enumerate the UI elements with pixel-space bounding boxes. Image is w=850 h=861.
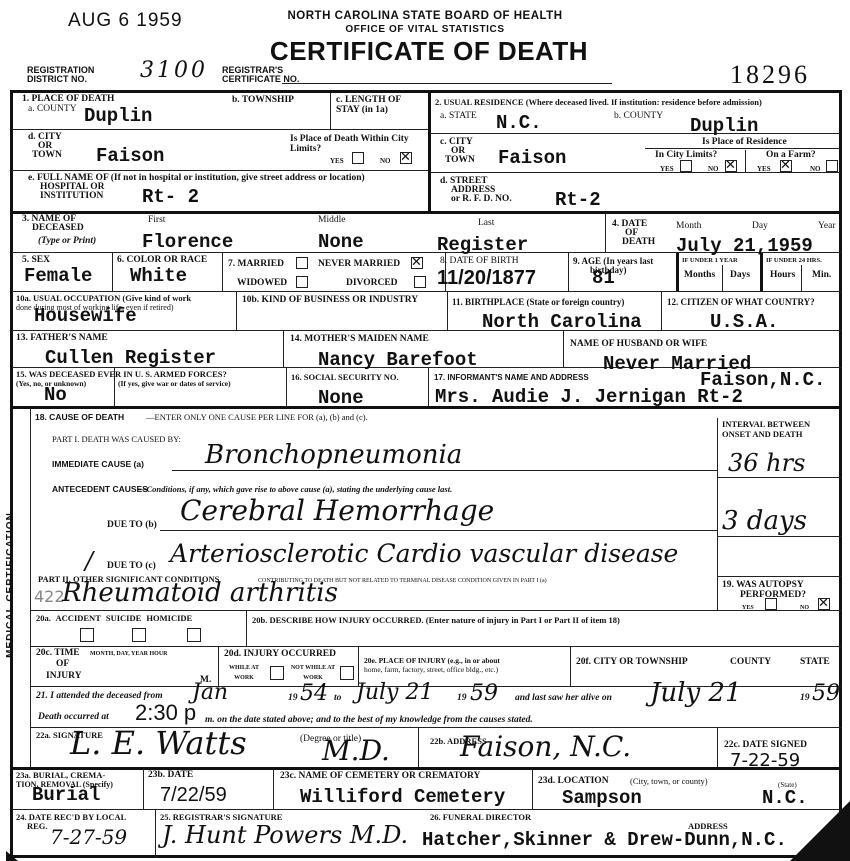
divider — [12, 129, 428, 130]
divider — [12, 809, 842, 810]
divider — [717, 418, 718, 610]
injury-how-label: 20b. DESCRIBE HOW INJURY OCCURRED. (Ente… — [252, 616, 620, 626]
label-line: DISTRICT NO. — [27, 75, 94, 84]
no-label: NO — [380, 157, 391, 167]
citizen-value: U.S.A. — [710, 312, 778, 332]
date-of-death-value: July 21,1959 — [676, 236, 813, 256]
autopsy-yes-checkbox[interactable] — [765, 598, 777, 610]
burial-date-label: 23b. DATE — [148, 771, 193, 781]
death-county-value: Duplin — [84, 106, 152, 126]
last-saw-date: July 21 — [650, 682, 742, 704]
residence-county-value: Duplin — [690, 116, 758, 136]
business-label: 10b. KIND OF BUSINESS OR INDUSTRY — [242, 296, 418, 306]
ssn-label: 16. SOCIAL SECURITY NO. — [291, 373, 399, 383]
divider — [722, 265, 723, 291]
time-of-injury-label: 20c. TIME — [36, 649, 80, 659]
due-to-c-label: DUE TO (c) — [107, 562, 156, 572]
armed-forces-label-3: (If yes, give war or dates of service) — [118, 379, 231, 389]
month-label: Month — [676, 222, 701, 232]
interval-label-2: ONSET AND DEATH — [722, 430, 802, 440]
occupation-value: Housewife — [34, 306, 137, 326]
citizen-label: 12. CITIZEN OF WHAT COUNTRY? — [667, 298, 815, 308]
birthplace-value: North Carolina — [482, 312, 642, 332]
death-occurred-label: Death occurred at — [38, 713, 109, 723]
divider — [12, 291, 842, 292]
divider — [30, 408, 31, 768]
first-name-label: First — [148, 216, 165, 226]
city-label-town: TOWN — [445, 156, 475, 166]
city-label-town: TOWN — [32, 151, 62, 161]
death-city-value: Faison — [96, 146, 164, 166]
attended-to-year: 59 — [470, 683, 498, 705]
attended-to-date: July 21 — [356, 682, 433, 704]
never-married-label: NEVER MARRIED — [318, 260, 400, 270]
time-of-injury-label-injury: INJURY — [46, 672, 82, 682]
divider — [428, 92, 431, 212]
within-limits-no-checkbox[interactable] — [400, 152, 412, 164]
last-name-label: Last — [478, 219, 494, 229]
cause-of-death-label: 18. CAUSE OF DEATH — [35, 413, 124, 423]
registration-district-value: 3100 — [140, 58, 208, 83]
divider — [30, 646, 842, 647]
year-prefix: 19 — [800, 694, 810, 704]
widowed-label: WIDOWED — [237, 279, 287, 289]
divider — [12, 767, 842, 770]
on-farm-no-checkbox[interactable] — [826, 160, 838, 172]
location-label: 23d. LOCATION — [538, 777, 609, 787]
township-label: b. TOWNSHIP — [232, 96, 294, 106]
divider — [570, 647, 571, 687]
mother-value: Nancy Barefoot — [318, 350, 478, 370]
name-label-2: DECEASED — [32, 224, 84, 234]
immediate-cause-value: Bronchopneumonia — [205, 444, 462, 466]
date-received-value: 7-27-59 — [50, 826, 127, 848]
under-24-hrs-label: IF UNDER 24 HRS. — [766, 256, 822, 266]
widowed-checkbox[interactable] — [296, 276, 308, 288]
in-city-limits-yes-checkbox[interactable] — [680, 160, 692, 172]
informant-value: Mrs. Audie J. Jernigan Rt-2 — [435, 387, 743, 407]
immediate-cause-line — [172, 470, 717, 471]
filed-date-stamp: AUG 6 1959 — [68, 10, 183, 32]
time-of-injury-label-of: OF — [56, 660, 69, 670]
injury-occurred-label: 20d. INJURY OCCURRED — [224, 650, 336, 660]
last-name-value: Register — [437, 235, 528, 255]
race-value: White — [130, 266, 187, 286]
divider — [430, 172, 840, 173]
to-label: to — [334, 694, 341, 704]
mother-label: 14. MOTHER'S MAIDEN NAME — [290, 335, 429, 345]
physician-address: Faison, N.C. — [460, 736, 631, 758]
armed-forces-value: No — [44, 385, 67, 405]
divider — [801, 265, 802, 291]
location-value: Sampson — [562, 788, 642, 808]
date-received-label-2: REG. — [27, 822, 48, 832]
yes-label: YES — [330, 157, 344, 167]
registrar-certificate-label: REGISTRAR'S CERTIFICATE NO. — [222, 66, 299, 84]
sex-value: Female — [24, 266, 92, 286]
usual-residence-label: 2. USUAL RESIDENCE (Where deceased lived… — [435, 98, 840, 108]
divider — [246, 611, 247, 646]
part2-code: 422 — [34, 587, 65, 606]
under-1-year-label: IF UNDER 1 YEAR — [682, 256, 738, 266]
year-prefix: 19 — [288, 694, 298, 704]
due-to-b-line — [160, 530, 717, 531]
year-prefix: 19 — [457, 694, 467, 704]
divider — [645, 148, 840, 149]
first-name-value: Florence — [142, 232, 233, 252]
location-sublabel: (City, town, or county) — [630, 777, 708, 787]
middle-name-value: None — [318, 232, 364, 252]
issuing-board: NORTH CAROLINA STATE BOARD OF HEALTH — [250, 10, 600, 22]
divider — [418, 728, 419, 768]
part2-value: Rheumatoid arthritis — [62, 582, 338, 604]
divorced-label: DIVORCED — [346, 279, 398, 289]
while-at-work-checkbox[interactable] — [270, 666, 284, 680]
divider — [12, 211, 842, 214]
min-label: Min. — [812, 271, 831, 281]
residence-city-value: Faison — [498, 148, 566, 168]
place-of-residence-label: Is Place of Residence — [702, 138, 787, 148]
registration-district-label: REGISTRATION DISTRICT NO. — [27, 66, 94, 84]
never-married-checkbox[interactable] — [411, 257, 423, 269]
street-label-3: or R. F. D. NO. — [451, 195, 512, 205]
cause-instructions: —ENTER ONLY ONE CAUSE PER LINE FOR (a), … — [146, 413, 368, 423]
divider — [430, 133, 840, 134]
registrar-certificate-line — [282, 83, 612, 84]
injury-state-label: STATE — [800, 658, 830, 668]
in-city-limits-no-checkbox[interactable] — [725, 160, 737, 172]
antecedent-label: ANTECEDENT CAUSES — [52, 485, 148, 495]
months-label: Months — [684, 271, 715, 281]
cemetery-value: Williford Cemetery — [300, 787, 505, 807]
divider — [605, 213, 606, 253]
divider — [12, 170, 428, 171]
date-of-death-label-3: DEATH — [622, 238, 655, 248]
last-saw-year: 59 — [812, 683, 840, 705]
dob-value: 11/20/1877 — [437, 268, 536, 288]
married-checkbox[interactable] — [296, 257, 308, 269]
divider — [30, 610, 842, 611]
last-saw-label: and last saw her alive on — [515, 694, 612, 704]
length-of-stay-label: c. LENGTH OF STAY (in 1a) — [336, 96, 424, 115]
birthplace-label: 11. BIRTHPLACE (State or foreign country… — [452, 298, 624, 308]
injury-city-label: 20f. CITY OR TOWNSHIP — [576, 658, 688, 668]
divider — [760, 253, 763, 291]
due-to-b-value: Cerebral Hemorrhage — [180, 500, 494, 522]
divider — [717, 576, 842, 577]
spouse-label: NAME OF HUSBAND OR WIFE — [570, 340, 707, 350]
year-label: Year — [818, 222, 836, 232]
burial-date-value: 7/22/59 — [160, 785, 227, 805]
yes-label: YES — [660, 165, 674, 175]
issuing-office: OFFICE OF VITAL STATISTICS — [250, 24, 600, 35]
date-signed-value: 7-22-59 — [730, 750, 800, 772]
suicide-checkbox[interactable] — [132, 628, 146, 642]
divider — [273, 769, 274, 809]
no-label: NO — [800, 604, 809, 614]
county-label: b. COUNTY — [614, 112, 663, 122]
no-label: NO — [810, 165, 821, 175]
death-occurred-text: m. on the date stated above; and to the … — [205, 716, 533, 726]
on-farm-yes-checkbox[interactable] — [780, 160, 792, 172]
divider — [283, 331, 284, 367]
funeral-director-label: 26. FUNERAL DIRECTOR — [430, 813, 531, 823]
document-title: CERTIFICATE OF DEATH — [248, 36, 610, 67]
attended-from-year: 54 — [300, 683, 328, 705]
immediate-cause-label: IMMEDIATE CAUSE (a) — [52, 460, 144, 470]
middle-name-label: Middle — [318, 216, 345, 226]
within-limits-yes-checkbox[interactable] — [352, 152, 364, 164]
divider — [112, 253, 113, 291]
hours-label: Hours — [770, 271, 795, 281]
divider — [717, 536, 842, 537]
certificate-number: 18296 — [730, 60, 810, 90]
autopsy-no-checkbox[interactable] — [818, 598, 830, 610]
county-label: a. COUNTY — [28, 105, 77, 115]
place-of-injury-label-2: home, farm, factory, street, office bldg… — [364, 665, 498, 675]
ssn-value: None — [318, 388, 364, 408]
father-label: 13. FATHER'S NAME — [16, 334, 108, 344]
immediate-interval-value: 36 hrs — [728, 452, 805, 474]
injury-county-label: COUNTY — [730, 658, 771, 668]
accident-checkbox[interactable] — [80, 628, 94, 642]
divider — [676, 253, 679, 291]
father-value: Cullen Register — [45, 348, 216, 368]
divider — [143, 769, 144, 809]
hospital-value: Rt- 2 — [142, 187, 199, 207]
divider — [568, 253, 569, 291]
divorced-checkbox[interactable] — [414, 276, 426, 288]
part1-label: PART I. DEATH WAS CAUSED BY: — [52, 435, 181, 445]
due-to-b-interval-value: 3 days — [722, 510, 807, 532]
residence-street-value: Rt-2 — [555, 190, 601, 210]
hospital-label-3: INSTITUTION — [40, 192, 103, 202]
divider — [155, 810, 156, 858]
day-label: Day — [752, 222, 768, 232]
divider — [330, 92, 331, 129]
divider — [661, 292, 662, 330]
degree-value: M.D. — [322, 740, 390, 762]
yes-label: YES — [742, 604, 754, 614]
no-label: NO — [708, 165, 719, 175]
not-while-at-work-checkbox[interactable] — [340, 666, 354, 680]
page-corner-mark — [6, 851, 18, 861]
injury-type-label: 20a. ACCIDENT SUICIDE HOMICIDE — [36, 614, 192, 624]
death-time-value: 2:30 p — [135, 702, 196, 724]
divider — [532, 769, 533, 809]
due-to-b-label: DUE TO (b) — [107, 521, 157, 531]
days-label: Days — [730, 271, 750, 281]
while-at-work-label: WHILE AT WORK — [222, 664, 266, 683]
age-value: 81 — [592, 268, 615, 288]
cemetery-label: 23c. NAME OF CEMETERY OR CREMATORY — [280, 772, 480, 782]
medical-certification-label: MEDICAL CERTIFICATION — [5, 405, 16, 765]
disposition-value: Burial — [32, 785, 100, 805]
funeral-director-value: Hatcher,Skinner & Drew-Dunn,N.C. — [422, 830, 787, 850]
married-label: 7. MARRIED — [228, 260, 284, 270]
divider — [717, 728, 718, 768]
due-to-c-value: Arteriosclerotic Cardio vascular disease — [170, 543, 678, 565]
registrar-signature: J. Hunt Powers M.D. — [162, 824, 408, 846]
divider — [286, 368, 287, 406]
attended-from-month: Jan — [192, 682, 228, 704]
divider — [717, 477, 842, 478]
page-corner-mark — [790, 801, 850, 861]
homicide-checkbox[interactable] — [187, 628, 201, 642]
time-of-injury-sublabel: MONTH, DAY, YEAR HOUR — [90, 650, 168, 660]
divider — [563, 331, 564, 367]
state-label: a. STATE — [440, 112, 477, 122]
dob-label: 8. DATE OF BIRTH — [440, 257, 519, 267]
yes-label: YES — [757, 165, 771, 175]
divider — [236, 292, 237, 330]
physician-signature: L. E. Watts — [70, 732, 247, 754]
name-label-3: (Type or Print) — [38, 237, 96, 247]
residence-state-value: N.C. — [496, 113, 542, 133]
check-mark-icon: / — [85, 550, 93, 572]
divider — [447, 292, 448, 330]
informant-label: 17. INFORMANT'S NAME AND ADDRESS — [434, 373, 589, 383]
divider — [745, 150, 746, 172]
divider — [222, 253, 223, 291]
divider — [428, 368, 429, 406]
